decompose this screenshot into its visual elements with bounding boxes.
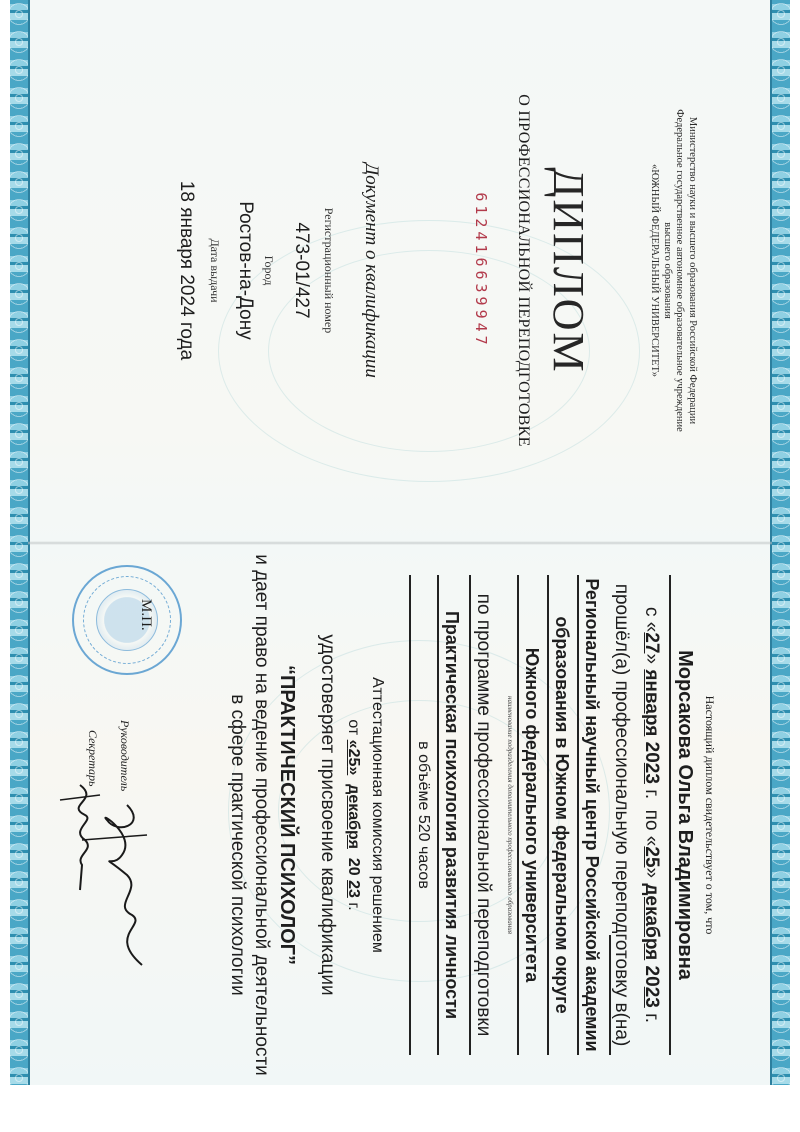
ministry-line: «ЮЖНЫЙ ФЕДЕРАЛЬНЫЙ УНИВЕРСИТЕТ» xyxy=(648,0,661,541)
to-day: 25 xyxy=(641,846,662,867)
issue-date-label: Дата выдачи xyxy=(207,0,222,541)
stamp-label: М.П. xyxy=(137,599,154,631)
diploma-title: ДИПЛОМ xyxy=(543,0,594,541)
diploma-sheet: Министерство науки и высшего образования… xyxy=(10,0,790,1085)
underline-rule xyxy=(669,575,671,1055)
underline-rule xyxy=(517,575,519,1055)
ministry-line: Федеральное государственное автономное о… xyxy=(673,0,686,541)
organization-line: Южного федерального университета xyxy=(521,545,542,1085)
issue-date: 18 января 2024 года xyxy=(175,0,197,541)
underline-rule xyxy=(409,575,411,1055)
underline-rule xyxy=(609,935,611,1055)
ministry-line: Министерство науки и высшего образования… xyxy=(686,0,699,541)
from-day: 27 xyxy=(641,632,662,653)
left-page: Министерство науки и высшего образования… xyxy=(28,0,772,541)
secretary-signature xyxy=(50,780,110,900)
rights-line: и дает право на ведение профессиональной… xyxy=(250,545,272,1085)
head-label: Руководитель xyxy=(117,720,132,791)
commission-text: Аттестационная комиссия решением xyxy=(368,545,386,1085)
underline-rule xyxy=(577,575,579,1055)
study-period: с «27» января 2023 г. по «25» декабря 20… xyxy=(640,545,662,1085)
program-volume: в объёме 520 часов xyxy=(414,545,432,1085)
qualification-title: “ПРАКТИЧЕСКИЙ ПСИХОЛОГ” xyxy=(275,545,298,1085)
organization-caption: наименование подразделения дополнительно… xyxy=(506,545,514,1085)
passed-text: прошёл(а) профессиональную переподготовк… xyxy=(610,545,632,1085)
certifies-text: удостоверяет присвоение квалификации xyxy=(316,545,338,1085)
city-value: Ростов-на-Дону xyxy=(234,0,256,541)
organization-line: Региональный научный центр Российской ак… xyxy=(581,545,602,1085)
decorative-border-bottom xyxy=(10,0,30,1085)
underline-rule xyxy=(469,575,471,1055)
registration-label: Регистрационный номер xyxy=(321,0,336,541)
ministry-header: Министерство науки и высшего образования… xyxy=(648,0,698,541)
program-name: Практическая психология развития личност… xyxy=(441,545,462,1085)
city-label: Город xyxy=(261,0,276,541)
right-page: Настоящий диплом свидетельствует о том, … xyxy=(28,545,772,1085)
program-intro: по программе профессиональной переподгот… xyxy=(472,545,494,1085)
official-stamp xyxy=(72,565,182,675)
from-year: 23 xyxy=(641,763,662,784)
underline-rule xyxy=(547,575,549,1055)
serial-number: 612416639947 xyxy=(472,0,490,541)
commission-date: от «25» декабря 20 23 г. xyxy=(344,545,362,1085)
diploma-subtitle: О ПРОФЕССИОНАЛЬНОЙ ПЕРЕПОДГОТОВКЕ xyxy=(514,0,532,541)
document-type: Документ о квалификации xyxy=(360,0,382,541)
holder-name: Морсакова Ольга Владимировна xyxy=(673,545,696,1085)
to-month: декабря xyxy=(641,883,662,960)
to-year: 23 xyxy=(641,987,662,1008)
decorative-border-top xyxy=(770,0,790,1085)
secretary-label: Секретарь xyxy=(85,730,100,786)
registration-number: 473-01/427 xyxy=(290,0,312,541)
from-month: января xyxy=(641,669,662,736)
underline-rule xyxy=(437,575,439,1055)
intro-text: Настоящий диплом свидетельствует о том, … xyxy=(702,545,717,1085)
rights-line: в сфере практической психологии xyxy=(226,605,248,1085)
organization-line: образования в Южном федеральном округе xyxy=(551,545,572,1085)
ministry-line: высшего образования xyxy=(661,0,674,541)
